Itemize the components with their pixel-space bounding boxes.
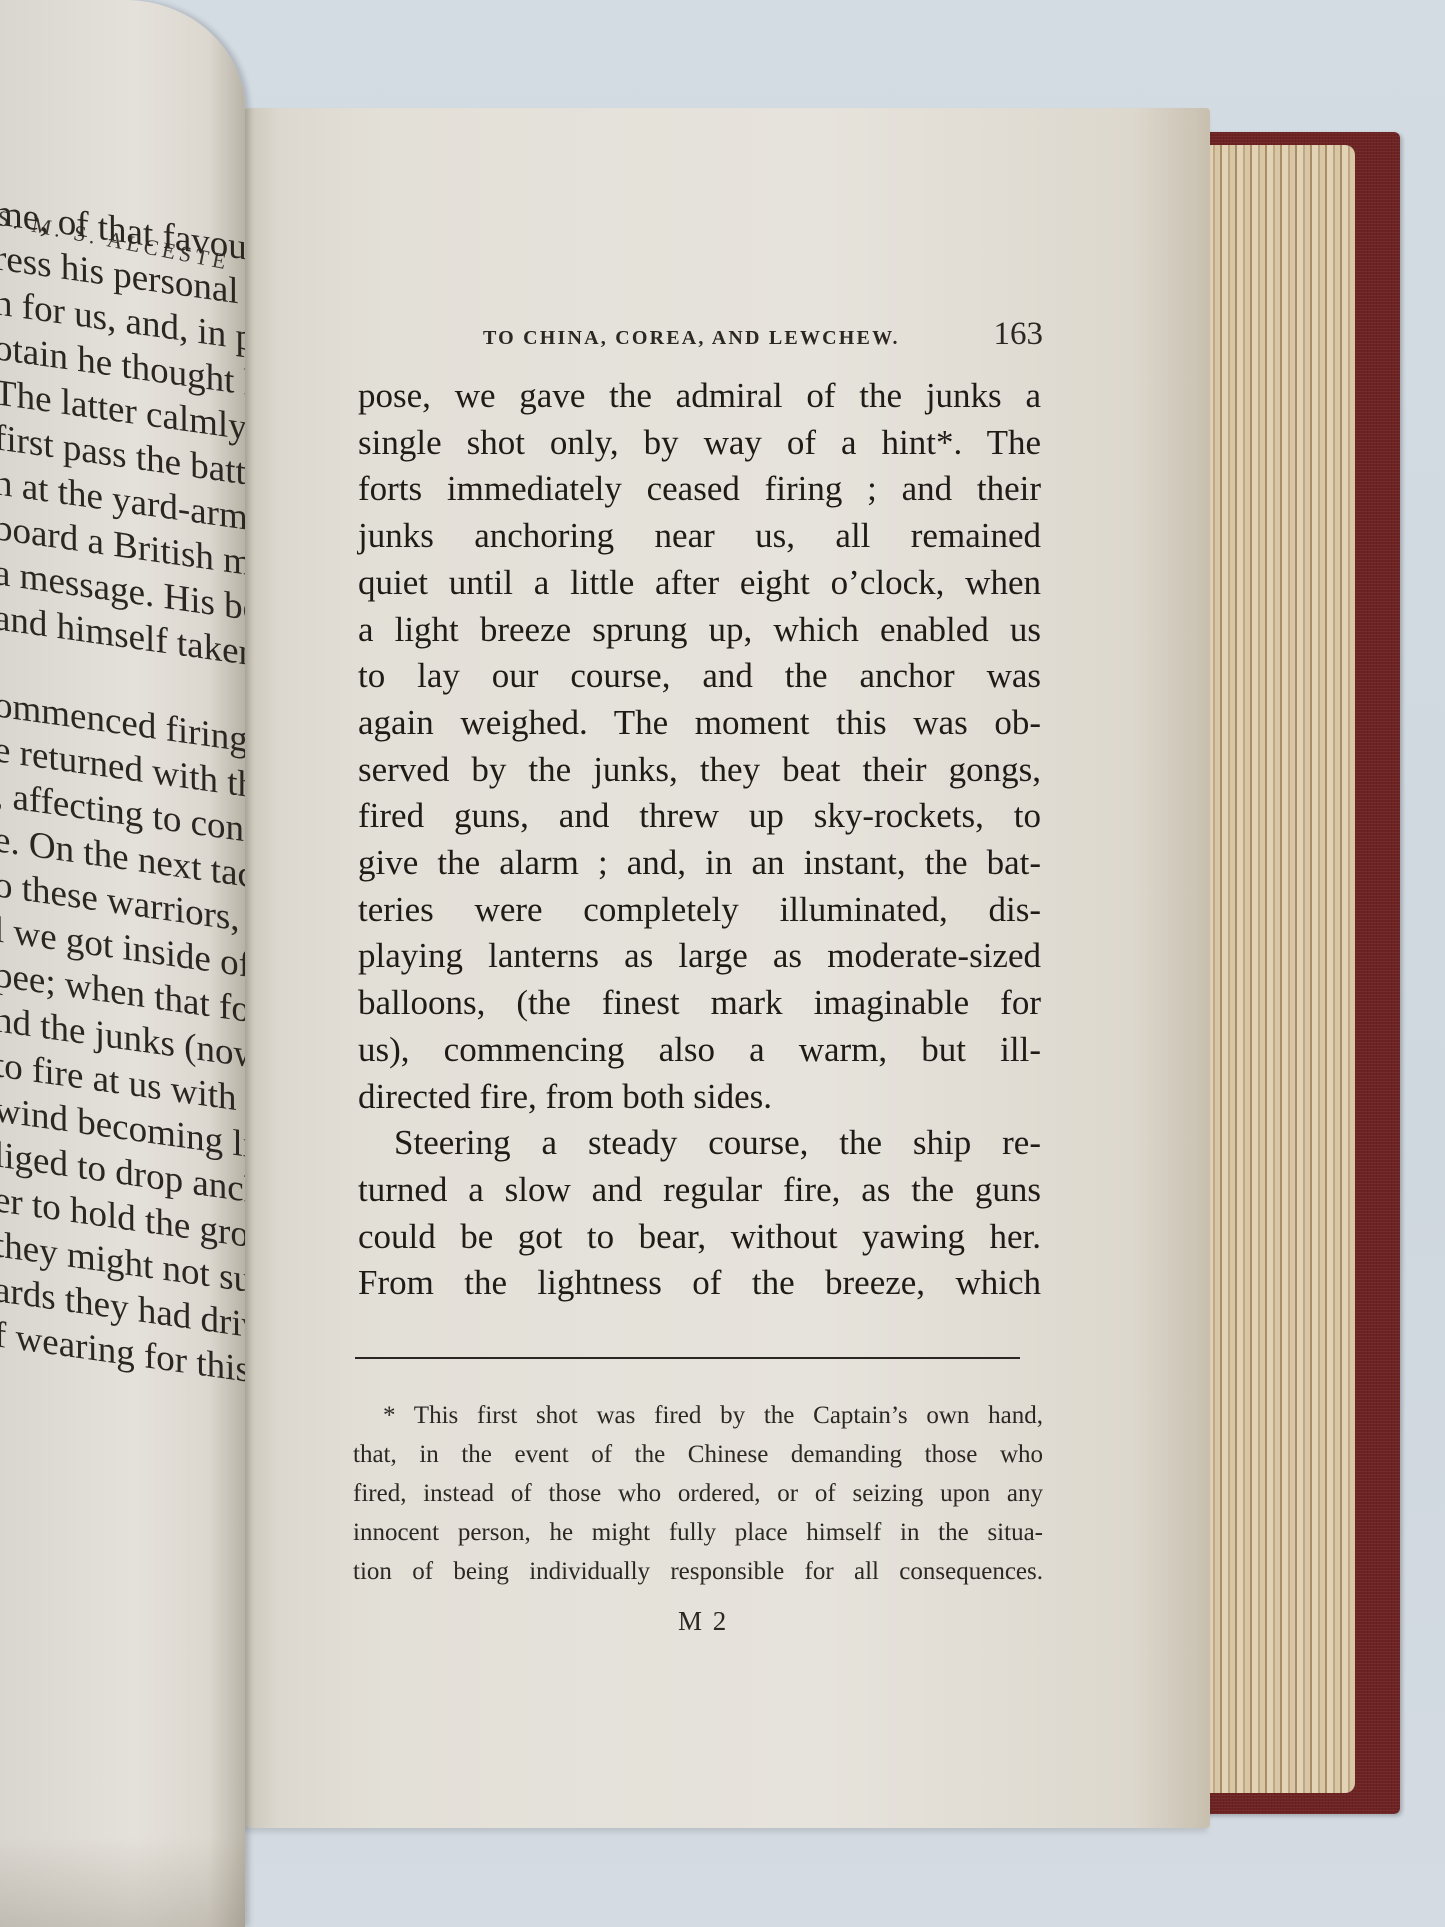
text-line: give the alarm ; and, in an instant, the… — [358, 840, 1041, 887]
footnote-line: innocent person, he might fully place hi… — [353, 1513, 1043, 1552]
signature-text: M 2 — [678, 1606, 728, 1636]
text-line: single shot only, by way of a hint*. The — [358, 420, 1041, 467]
text-line: pose, we gave the admiral of the junks a — [358, 373, 1041, 420]
text-line: directed fire, from both sides. — [358, 1074, 1041, 1121]
left-page-text: me, of that favourable ress his personal… — [0, 190, 245, 1394]
text-line: a light breeze sprung up, which enabled … — [358, 607, 1041, 654]
text-line: served by the junks, they beat their gon… — [358, 747, 1041, 794]
text-line: to lay our course, and the anchor was — [358, 653, 1041, 700]
signature-mark: M 2 — [678, 1606, 728, 1637]
text-line: balloons, (the finest mark imaginable fo… — [358, 980, 1041, 1027]
text-line: quiet until a little after eight o’clock… — [358, 560, 1041, 607]
body-text: pose, we gave the admiral of the junks a… — [358, 373, 1041, 1307]
footnote-line: * This first shot was fired by the Capta… — [353, 1396, 1043, 1435]
running-head: TO CHINA, COREA, AND LEWCHEW. 163 — [483, 316, 1043, 353]
text-line: junks anchoring near us, all remained — [358, 513, 1041, 560]
page-edges — [1200, 145, 1355, 1793]
footnote-rule — [355, 1357, 1020, 1359]
running-title: TO CHINA, COREA, AND LEWCHEW. — [483, 327, 900, 350]
text-line: again weighed. The moment this was ob- — [358, 700, 1041, 747]
text-line: turned a slow and regular fire, as the g… — [358, 1167, 1041, 1214]
text-line: forts immediately ceased firing ; and th… — [358, 466, 1041, 513]
text-line: could be got to bear, without yawing her… — [358, 1214, 1041, 1261]
text-line: Steering a steady course, the ship re- — [358, 1120, 1041, 1167]
footnote-line: fired, instead of those who ordered, or … — [353, 1474, 1043, 1513]
text-line: fired guns, and threw up sky-rockets, to — [358, 793, 1041, 840]
page-number: 163 — [994, 316, 1044, 353]
footnote-line: tion of being individually responsible f… — [353, 1552, 1043, 1591]
page-curve-shadow — [0, 1837, 245, 1927]
text-line: teries were completely illuminated, dis- — [358, 887, 1041, 934]
left-page: S. M. S. ALCESTE me, of that favourable … — [0, 0, 245, 1927]
text-line: us), commencing also a warm, but ill- — [358, 1027, 1041, 1074]
footnote: * This first shot was fired by the Capta… — [353, 1396, 1043, 1591]
text-line: playing lanterns as large as moderate-si… — [358, 933, 1041, 980]
text-line: From the lightness of the breeze, which — [358, 1260, 1041, 1307]
footnote-line: that, in the event of the Chinese demand… — [353, 1435, 1043, 1474]
